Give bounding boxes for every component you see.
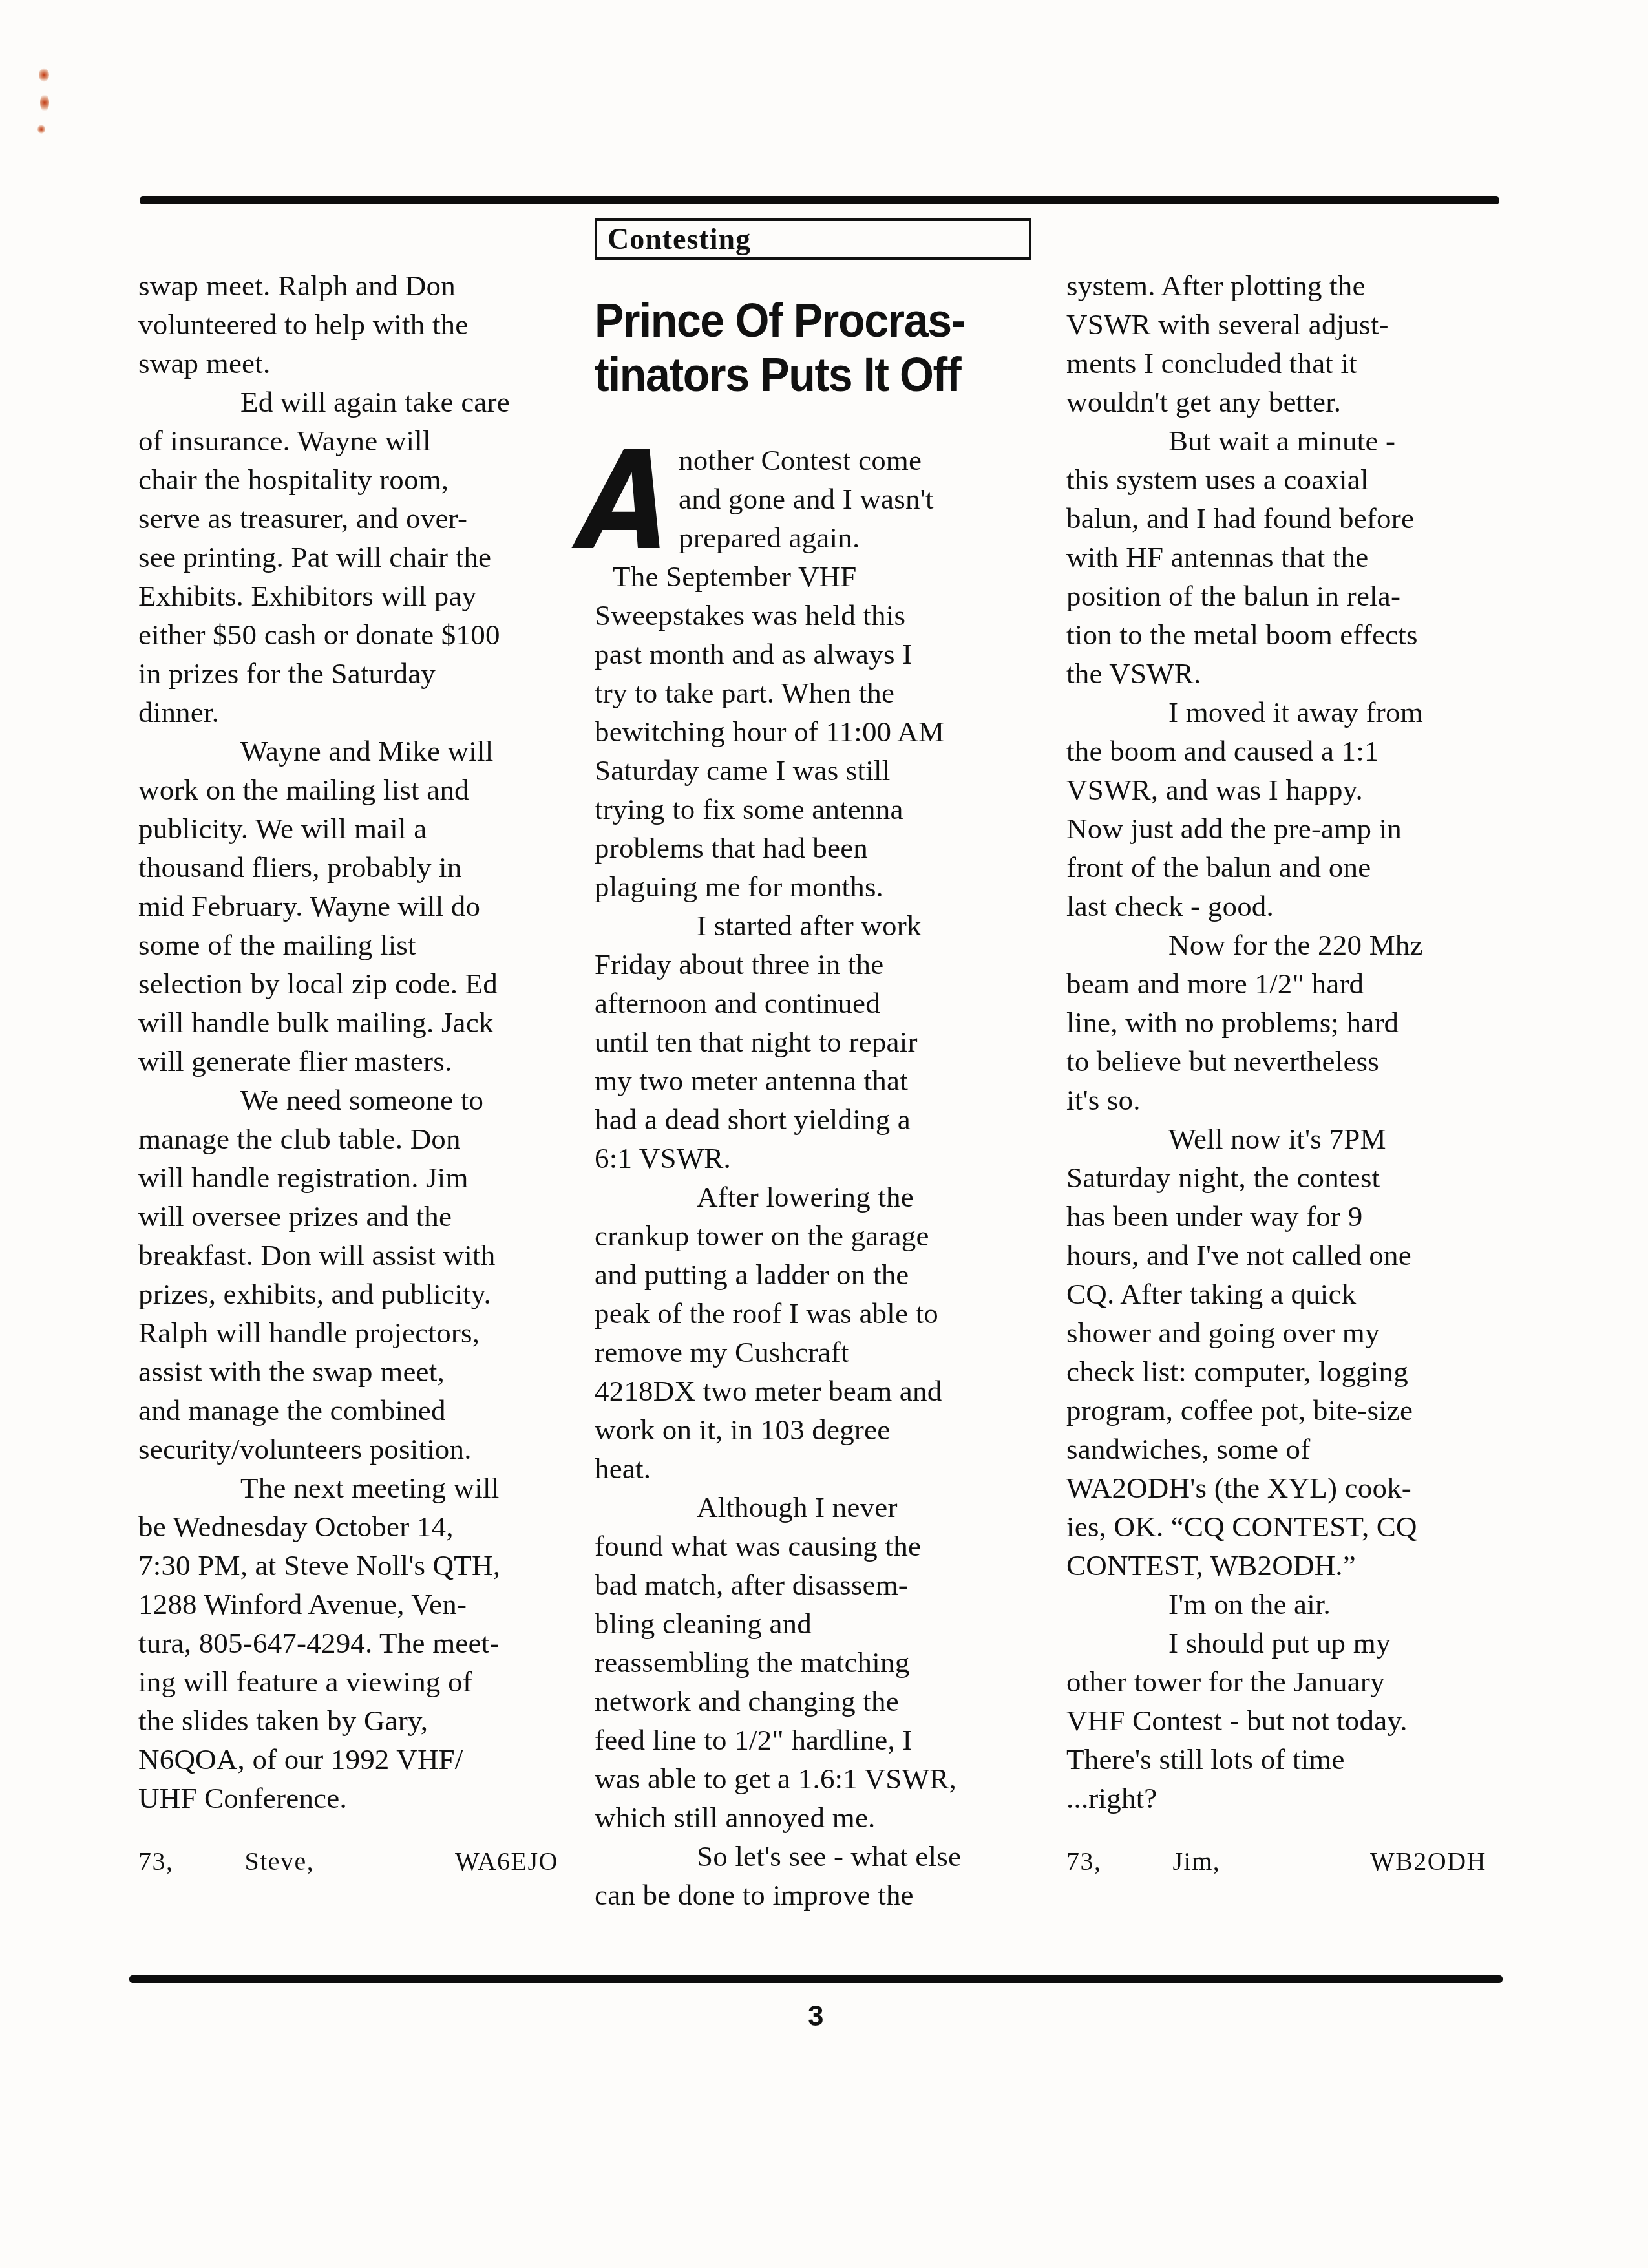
- text-line: last check - good.: [1066, 887, 1506, 926]
- text-line: The next meeting will: [138, 1468, 578, 1507]
- text-line: 7:30 PM, at Steve Noll's QTH,: [138, 1546, 578, 1585]
- text-line: work on the mailing list and: [138, 770, 578, 809]
- signoff-name: Jim,: [1141, 1842, 1221, 1881]
- text-line: check list: computer, logging: [1066, 1352, 1506, 1391]
- text-line: try to take part. When the: [595, 673, 1041, 712]
- signoff-callsign: WB2ODH: [1370, 1842, 1486, 1881]
- text-line: crankup tower on the garage: [595, 1216, 1041, 1255]
- text-line: had a dead short yielding a: [595, 1100, 1041, 1139]
- text-line: VSWR with several adjust-: [1066, 305, 1506, 344]
- text-line: chair the hospitality room,: [138, 460, 578, 499]
- text-line: ...right?: [1066, 1779, 1506, 1818]
- text-line: Saturday night, the contest: [1066, 1158, 1506, 1197]
- text-line: Saturday came I was still: [595, 751, 1041, 790]
- text-line: I should put up my: [1066, 1624, 1506, 1662]
- text-line: which still annoyed me.: [595, 1798, 1041, 1837]
- text-line: the VSWR.: [1066, 654, 1506, 693]
- text-line: reassembling the matching: [595, 1643, 1041, 1682]
- text-line: bling cleaning and: [595, 1604, 1041, 1643]
- text-line: swap meet.: [138, 344, 578, 383]
- text-line: the boom and caused a 1:1: [1066, 732, 1506, 770]
- text-line: has been under way for 9: [1066, 1197, 1506, 1236]
- text-line: network and changing the: [595, 1682, 1041, 1721]
- article-opening: A nother Contest comeand gone and I wasn…: [595, 441, 1041, 557]
- text-line: problems that had been: [595, 829, 1041, 867]
- text-line: mid February. Wayne will do: [138, 887, 578, 926]
- text-line: found what was causing the: [595, 1527, 1041, 1565]
- signoff-steve: 73, Steve, WA6EJO: [138, 1842, 558, 1881]
- text-line: program, coffee pot, bite-size: [1066, 1391, 1506, 1430]
- text-line: was able to get a 1.6:1 VSWR,: [595, 1759, 1041, 1798]
- text-line: 1288 Winford Avenue, Ven-: [138, 1585, 578, 1624]
- paper-stain: [34, 29, 53, 139]
- text-line: sandwiches, some of: [1066, 1430, 1506, 1468]
- text-line: manage the club table. Don: [138, 1119, 578, 1158]
- text-line: dinner.: [138, 693, 578, 732]
- text-line: afternoon and continued: [595, 984, 1041, 1023]
- text-line: After lowering the: [595, 1178, 1041, 1216]
- text-line: position of the balun in rela-: [1066, 577, 1506, 615]
- text-line: N6QOA, of our 1992 VHF/: [138, 1740, 578, 1779]
- text-line: swap meet. Ralph and Don: [138, 266, 578, 305]
- text-line: Exhibits. Exhibitors will pay: [138, 577, 578, 615]
- text-line: will oversee prizes and the: [138, 1197, 578, 1236]
- text-line: bewitching hour of 11:00 AM: [595, 712, 1041, 751]
- text-line: heat.: [595, 1449, 1041, 1488]
- column-2: Contesting Prince Of Procras- tinators P…: [595, 218, 1041, 1914]
- text-line: some of the mailing list: [138, 926, 578, 964]
- text-line: can be done to improve the: [595, 1876, 1041, 1914]
- text-line: front of the balun and one: [1066, 848, 1506, 887]
- text-line: I started after work: [595, 906, 1041, 945]
- bottom-rule: [129, 1975, 1503, 1983]
- text-line: of insurance. Wayne will: [138, 421, 578, 460]
- section-label: Contesting: [607, 222, 751, 255]
- text-line: thousand fliers, probably in: [138, 848, 578, 887]
- signoff-greeting: 73,: [1066, 1842, 1102, 1881]
- text-line: will handle registration. Jim: [138, 1158, 578, 1197]
- text-line: serve as treasurer, and over-: [138, 499, 578, 538]
- text-line: past month and as always I: [595, 635, 1041, 673]
- text-line: in prizes for the Saturday: [138, 654, 578, 693]
- column-2-body: The September VHFSweepstakes was held th…: [595, 557, 1041, 1914]
- text-line: assist with the swap meet,: [138, 1352, 578, 1391]
- text-line: ments I concluded that it: [1066, 344, 1506, 383]
- text-line: with HF antennas that the: [1066, 538, 1506, 577]
- text-line: Although I never: [595, 1488, 1041, 1527]
- text-line: Sweepstakes was held this: [595, 596, 1041, 635]
- text-line: ies, OK. “CQ CONTEST, CQ: [1066, 1507, 1506, 1546]
- text-line: see printing. Pat will chair the: [138, 538, 578, 577]
- column-1: swap meet. Ralph and Donvolunteered to h…: [138, 266, 578, 1881]
- text-line: There's still lots of time: [1066, 1740, 1506, 1779]
- text-line: But wait a minute -: [1066, 421, 1506, 460]
- text-line: system. After plotting the: [1066, 266, 1506, 305]
- text-line: and putting a ladder on the: [595, 1255, 1041, 1294]
- headline-line-1: Prince Of Procras-: [595, 293, 1005, 348]
- text-line: Ralph will handle projectors,: [138, 1313, 578, 1352]
- text-line: prizes, exhibits, and publicity.: [138, 1275, 578, 1313]
- text-line: UHF Conference.: [138, 1779, 578, 1818]
- signoff-name: Steve,: [213, 1842, 315, 1881]
- text-line: selection by local zip code. Ed: [138, 964, 578, 1003]
- text-line: tion to the metal boom effects: [1066, 615, 1506, 654]
- section-label-box: Contesting: [595, 218, 1031, 260]
- text-line: hours, and I've not called one: [1066, 1236, 1506, 1275]
- text-line: The September VHF: [595, 557, 1041, 596]
- text-line: peak of the roof I was able to: [595, 1294, 1041, 1333]
- text-line: work on it, in 103 degree: [595, 1410, 1041, 1449]
- headline-line-2: tinators Puts It Off: [595, 348, 1005, 402]
- text-line: security/volunteers position.: [138, 1430, 578, 1468]
- text-line: plaguing me for months.: [595, 867, 1041, 906]
- column-1-body: swap meet. Ralph and Donvolunteered to h…: [138, 266, 578, 1818]
- text-line: shower and going over my: [1066, 1313, 1506, 1352]
- text-line: Now just add the pre-amp in: [1066, 809, 1506, 848]
- text-line: We need someone to: [138, 1081, 578, 1119]
- text-line: to believe but nevertheless: [1066, 1042, 1506, 1081]
- text-line: 6:1 VSWR.: [595, 1139, 1041, 1178]
- top-rule: [140, 196, 1499, 204]
- text-line: bad match, after disassem-: [595, 1565, 1041, 1604]
- text-line: 4218DX two meter beam and: [595, 1372, 1041, 1410]
- text-line: tura, 805-647-4294. The meet-: [138, 1624, 578, 1662]
- text-line: CONTEST, WB2ODH.”: [1066, 1546, 1506, 1585]
- text-line: remove my Cushcraft: [595, 1333, 1041, 1372]
- text-line: until ten that night to repair: [595, 1023, 1041, 1061]
- text-line: will generate flier masters.: [138, 1042, 578, 1081]
- page-number: 3: [808, 2000, 823, 2033]
- text-line: feed line to 1/2" hardline, I: [595, 1721, 1041, 1759]
- text-line: Now for the 220 Mhz: [1066, 926, 1506, 964]
- text-line: wouldn't get any better.: [1066, 383, 1506, 421]
- text-line: balun, and I had found before: [1066, 499, 1506, 538]
- text-line: Ed will again take care: [138, 383, 578, 421]
- text-line: beam and more 1/2" hard: [1066, 964, 1506, 1003]
- text-line: line, with no problems; hard: [1066, 1003, 1506, 1042]
- text-line: the slides taken by Gary,: [138, 1701, 578, 1740]
- column-3-body: system. After plotting theVSWR with seve…: [1066, 266, 1506, 1818]
- text-line: and manage the combined: [138, 1391, 578, 1430]
- text-line: volunteered to help with the: [138, 305, 578, 344]
- text-line: other tower for the January: [1066, 1662, 1506, 1701]
- text-line: it's so.: [1066, 1081, 1506, 1119]
- text-line: Friday about three in the: [595, 945, 1041, 984]
- text-line: trying to fix some antenna: [595, 790, 1041, 829]
- text-line: I'm on the air.: [1066, 1585, 1506, 1624]
- signoff-greeting: 73,: [138, 1842, 174, 1881]
- text-line: Wayne and Mike will: [138, 732, 578, 770]
- text-line: VHF Contest - but not today.: [1066, 1701, 1506, 1740]
- text-line: VSWR, and was I happy.: [1066, 770, 1506, 809]
- signoff-jim: 73, Jim, WB2ODH: [1066, 1842, 1486, 1881]
- text-line: I moved it away from: [1066, 693, 1506, 732]
- text-line: be Wednesday October 14,: [138, 1507, 578, 1546]
- signoff-callsign: WA6EJO: [455, 1842, 558, 1881]
- text-line: CQ. After taking a quick: [1066, 1275, 1506, 1313]
- article-headline: Prince Of Procras- tinators Puts It Off: [595, 293, 1005, 402]
- text-line: breakfast. Don will assist with: [138, 1236, 578, 1275]
- text-line: my two meter antenna that: [595, 1061, 1041, 1100]
- text-line: So let's see - what else: [595, 1837, 1041, 1876]
- text-line: either $50 cash or donate $100: [138, 615, 578, 654]
- column-3: system. After plotting theVSWR with seve…: [1066, 266, 1506, 1881]
- text-line: will handle bulk mailing. Jack: [138, 1003, 578, 1042]
- text-line: WA2ODH's (the XYL) cook-: [1066, 1468, 1506, 1507]
- text-line: Well now it's 7PM: [1066, 1119, 1506, 1158]
- text-line: ing will feature a viewing of: [138, 1662, 578, 1701]
- text-line: this system uses a coaxial: [1066, 460, 1506, 499]
- text-line: publicity. We will mail a: [138, 809, 578, 848]
